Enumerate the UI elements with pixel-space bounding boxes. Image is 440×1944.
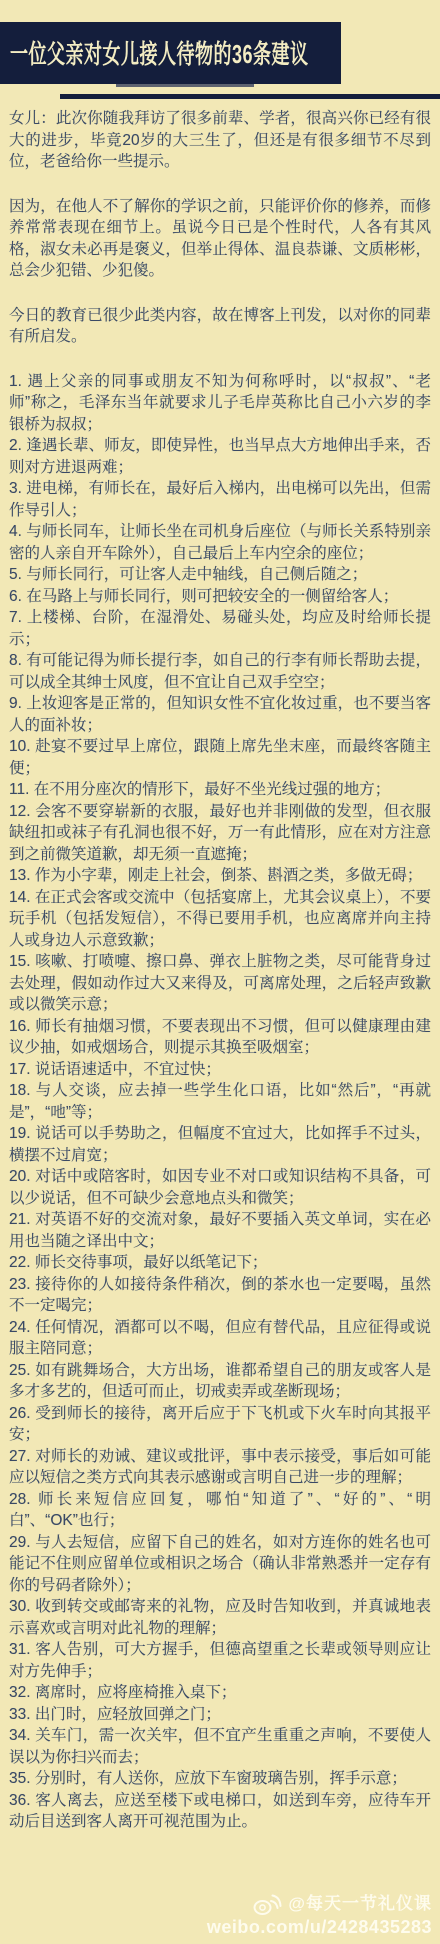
tip-item: 36. 客人离去，应送至楼下或电梯口，如送到车旁，应待车开动后目送到客人离开可视…: [9, 1790, 431, 1833]
tip-item: 13. 作为小字辈，刚走上社会，倒茶、斟酒之类，多做无碍；: [9, 865, 431, 887]
tip-item: 25. 如有跳舞场合，大方出场，谁都希望自己的朋友或客人是多才多艺的，但适可而止…: [9, 1360, 431, 1403]
title-banner: 一位父亲对女儿接人待物的36条建议: [0, 22, 341, 84]
tip-item: 34. 关车门，需一次关牢，但不宜产生重重之声响，不要使人误以为你扫兴而去；: [9, 1725, 431, 1768]
tip-item: 3. 进电梯，有师长在，最好后入梯内，出电梯可以先出，但需作导引人；: [9, 478, 431, 521]
tip-item: 14. 在正式会客或交流中（包括宴席上，尤其会议桌上），不要玩手机（包括发短信）…: [9, 887, 431, 952]
tip-item: 22. 师长交待事项，最好以纸笔记下；: [9, 1252, 431, 1274]
tip-item: 1. 遇上父亲的同事或朋友不知为何称呼时，以“叔叔”、“老师”称之，毛泽东当年就…: [9, 371, 431, 436]
tip-item: 29. 与人去短信，应留下自己的姓名，如对方连你的姓名也可能记不住则应留单位或相…: [9, 1532, 431, 1597]
tip-item: 21. 对英语不好的交流对象，最好不要插入英文单词，实在必用也当随之译出中文；: [9, 1209, 431, 1252]
tip-item: 8. 有可能记得为师长提行李，如自己的行李有师长帮助去提，可以成全其绅士风度，但…: [9, 650, 431, 693]
tip-item: 33. 出门时，应轻放回弹之门；: [9, 1704, 431, 1726]
weibo-logo-icon: [252, 1892, 282, 1916]
tip-item: 35. 分别时，有人送你，应放下车窗玻璃告别，挥手示意；: [9, 1768, 431, 1790]
tip-item: 17. 说话语速适中，不宜过快；: [9, 1059, 431, 1081]
tip-item: 4. 与师长同车，让师长坐在司机身后座位（与师长关系特别亲密的人亲自开车除外），…: [9, 521, 431, 564]
tip-item: 19. 说话可以手势助之，但幅度不宜过大，比如挥手不过头，横摆不过肩宽；: [9, 1123, 431, 1166]
intro-paragraph: 今日的教育已很少此类内容，故在博客上刊发，以对你的同辈有所启发。: [9, 305, 431, 348]
tip-item: 5. 与师长同行，可让客人走中轴线，自己侧后随之；: [9, 564, 431, 586]
watermark-handle: @每天一节礼仪课: [288, 1893, 432, 1914]
tip-item: 7. 上楼梯、台阶，在湿滑处、易碰头处，均应及时给师长提示；: [9, 607, 431, 650]
intro-paragraph: 女儿：此次你随我拜访了很多前辈、学者，很高兴你已经有很大的进步，毕竟20岁的大三…: [9, 108, 431, 173]
tip-item: 30. 收到转交或邮寄来的礼物，应及时告知收到，并真诚地表示喜欢或言明对此礼物的…: [9, 1596, 431, 1639]
tip-item: 12. 会客不要穿崭新的衣服，最好也并非刚做的发型，但衣服缺纽扣或袜子有孔洞也很…: [9, 801, 431, 866]
tip-item: 26. 受到师长的接待，离开后应于下飞机或下火车时向其报平安；: [9, 1403, 431, 1446]
watermark-url: weibo.com/u/2428435283: [207, 1916, 432, 1939]
title-underline-short: [116, 84, 254, 87]
title-underline-long: [60, 94, 440, 99]
watermark: @每天一节礼仪课 weibo.com/u/2428435283: [207, 1892, 432, 1939]
tip-item: 9. 上妆迎客是正常的，但知识女性不宜化妆过重，也不要当客人的面补妆；: [9, 693, 431, 736]
article-body: 女儿：此次你随我拜访了很多前辈、学者，很高兴你已经有很大的进步，毕竟20岁的大三…: [0, 108, 440, 1833]
tip-item: 23. 接待你的人如接待条件稍次，倒的茶水也一定要喝，虽然不一定喝完；: [9, 1274, 431, 1317]
tip-item: 16. 师长有抽烟习惯，不要表现出不习惯，但可以健康理由建议少抽，如戒烟场合，则…: [9, 1016, 431, 1059]
tip-item: 11. 在不用分座次的情形下，最好不坐光线过强的地方；: [9, 779, 431, 801]
tip-item: 15. 咳嗽、打喷嚏、擦口鼻、弹衣上脏物之类，尽可能背身过去处理，假如动作过大又…: [9, 951, 431, 1016]
tip-item: 24. 任何情况，酒都可以不喝，但应有替代品，且应征得或说服主陪同意；: [9, 1317, 431, 1360]
tip-item: 2. 逢遇长辈、师友，即使异性，也当早点大方地伸出手来，否则对方进退两难；: [9, 435, 431, 478]
tip-item: 27. 对师长的劝诫、建议或批评，事中表示接受，事后如可能应以短信之类方式向其表…: [9, 1446, 431, 1489]
tip-item: 32. 离席时，应将座椅推入桌下；: [9, 1682, 431, 1704]
tip-item: 6. 在马路上与师长同行，则可把较安全的一侧留给客人；: [9, 586, 431, 608]
tip-item: 31. 客人告别，可大方握手，但德高望重之长辈或领导则应让对方先伸手；: [9, 1639, 431, 1682]
weibo-text-image: 一位父亲对女儿接人待物的36条建议 女儿：此次你随我拜访了很多前辈、学者，很高兴…: [0, 0, 440, 1944]
tip-item: 28. 师长来短信应回复，哪怕“知道了”、“好的”、“明白”、“OK”也行；: [9, 1489, 431, 1532]
tip-item: 10. 赴宴不要过早上席位，跟随上席先坐末座，而最终客随主便；: [9, 736, 431, 779]
intro-paragraph: 因为，在他人不了解你的学识之前，只能评价你的修养，而修养常常表现在细节上。虽说今…: [9, 196, 431, 282]
tip-item: 20. 对话中或陪客时，如因专业不对口或知识结构不具备，可以少说话，但不可缺少会…: [9, 1166, 431, 1209]
page-title: 一位父亲对女儿接人待物的36条建议: [0, 34, 309, 72]
tip-item: 18. 与人交谈，应去掉一些学生化口语，比如“然后”，“再就是”，“吔”等；: [9, 1080, 431, 1123]
